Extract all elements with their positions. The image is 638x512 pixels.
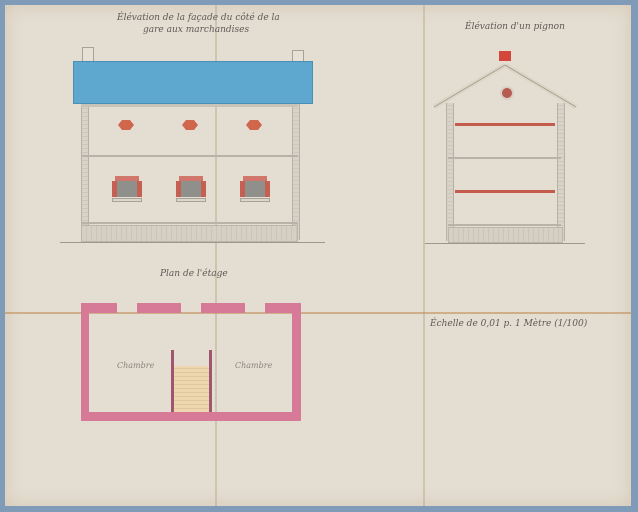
roof — [73, 61, 313, 104]
plan-wall-left — [81, 303, 89, 421]
floor-band — [81, 155, 298, 157]
scale-note: Échelle de 0,01 p. 1 Mètre (1/100) — [430, 319, 587, 329]
plinth-line — [448, 224, 561, 226]
oculus-ornament — [246, 120, 262, 130]
window — [240, 176, 270, 202]
cornice — [81, 104, 298, 107]
gable-wall-left — [446, 103, 454, 241]
plan-wall-segment — [201, 303, 245, 313]
plan-wall-segment — [137, 303, 181, 313]
floor-plan-title: Plan de l'étage — [160, 269, 228, 279]
fold-line-vertical — [423, 5, 425, 506]
oculus-ornament — [182, 120, 198, 130]
window — [176, 176, 206, 202]
plan-wall-right — [292, 303, 301, 421]
wall-pier-right — [292, 104, 300, 240]
staircase — [174, 366, 209, 412]
front-elevation-title: Élévation de la façade du côté de la — [117, 13, 280, 23]
ground-line — [425, 243, 585, 244]
floor-band — [448, 157, 561, 159]
plan-wall-bottom — [81, 412, 301, 421]
room-label: Chambre — [117, 361, 154, 370]
partition-wall — [209, 350, 212, 412]
round-vent — [500, 86, 514, 100]
gable-wall-right — [557, 103, 565, 241]
gable-elevation-title: Élévation d'un pignon — [465, 22, 565, 32]
floor-beam-upper — [455, 123, 555, 126]
floor-beam-lower — [455, 190, 555, 193]
oculus-ornament — [118, 120, 134, 130]
room-label: Chambre — [235, 361, 272, 370]
plinth — [448, 227, 563, 243]
drawing-sheet: Élévation de la façade du côté de la gar… — [5, 5, 631, 506]
plinth — [81, 225, 298, 242]
front-elevation-subtitle: gare aux marchandises — [143, 25, 249, 35]
plinth-line — [81, 222, 298, 224]
ground-line — [60, 242, 325, 243]
wall-pier-left — [81, 104, 89, 240]
window — [112, 176, 142, 202]
